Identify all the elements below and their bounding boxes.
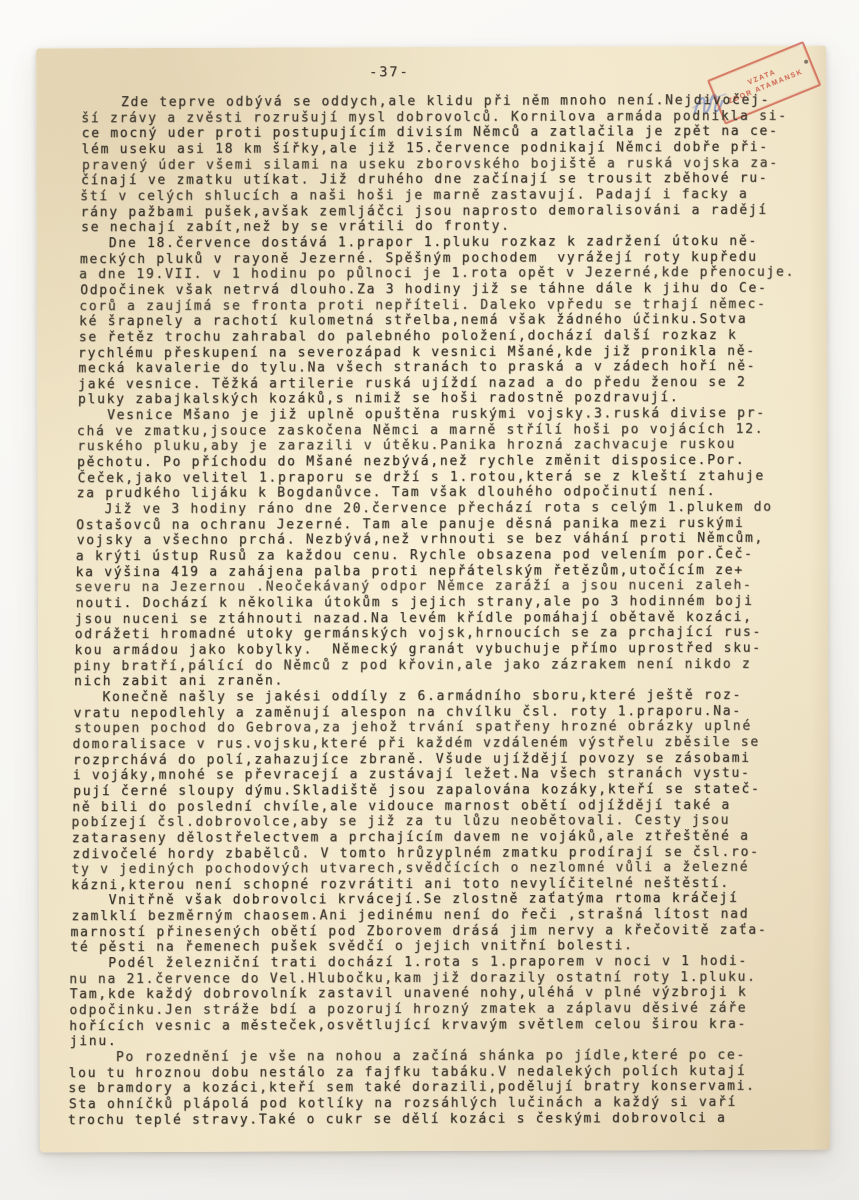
text-line: Již ve 3 hodiny ráno dne 20.července pře… <box>76 500 806 518</box>
typewritten-text: Zde teprve odbývá se oddych,ale klidu př… <box>68 93 812 1129</box>
text-line: marností přinesených obětí pod Zborovem … <box>70 922 800 940</box>
text-line: pobízejí čsl.dobrovolce,aby se již za tu… <box>71 813 801 831</box>
text-line: Sta ohníčků plápolá pod kotlíky na rozsá… <box>69 1095 799 1113</box>
text-line: pravený úder všemi silami na useku zboro… <box>82 155 812 173</box>
document-page: -37- VZATA ZBOR ATAMANSK Zde teprve odbý… <box>36 46 830 1153</box>
text-line: piny bratří,pálící do Němců z pod křovin… <box>74 656 804 674</box>
text-line: ší zrávy a zvěsti rozrušují mysl dobrovo… <box>81 108 811 126</box>
scan-backdrop: -37- VZATA ZBOR ATAMANSK Zde teprve odbý… <box>0 0 859 1200</box>
ink-speck <box>804 60 808 64</box>
text-line: ruského pluku,aby je zarazili v útěku.Pa… <box>77 437 807 455</box>
text-line: nu na 21.července do Vel.Hlubočku,kam ji… <box>69 969 799 987</box>
text-line: vojsky a všechno prchá. Nezbývá,než vrhn… <box>77 531 807 549</box>
text-line: se nechají zabít,než by se vrátili do fr… <box>81 218 811 236</box>
text-line: nouti. Dochází k několika útokům s jejic… <box>76 594 806 612</box>
text-line: Čeček,jako velitel 1.praporu se drží s 1… <box>77 468 807 486</box>
text-line: ští v celých shlucích a naši hoši je mar… <box>80 187 810 205</box>
text-line: odpočinku.Jen stráže bdí a pozorují hroz… <box>69 1001 799 1019</box>
paper-edge-shade <box>808 46 830 1150</box>
text-line: trochu teplé stravy.Také o cukr se dělí … <box>68 1110 798 1128</box>
text-line: Po rozednění je vše na nohou a začíná sh… <box>68 1048 798 1066</box>
text-line: pují černé sloupy dýmu.Skladiště jsou za… <box>73 782 803 800</box>
text-line: corů a zaujímá se fronta proti nepříteli… <box>79 296 809 314</box>
text-line: zamlklí bezměrným chaosem.Ani jedinému n… <box>71 907 801 925</box>
text-line: rychlému přeskupení na severozápad k ves… <box>78 343 808 361</box>
page-number: -37- <box>369 64 410 80</box>
text-line: ty v jediných pochodových utvarech,svědč… <box>71 860 801 878</box>
text-line: domoralisace v rus.vojsku,které při každ… <box>72 735 802 753</box>
